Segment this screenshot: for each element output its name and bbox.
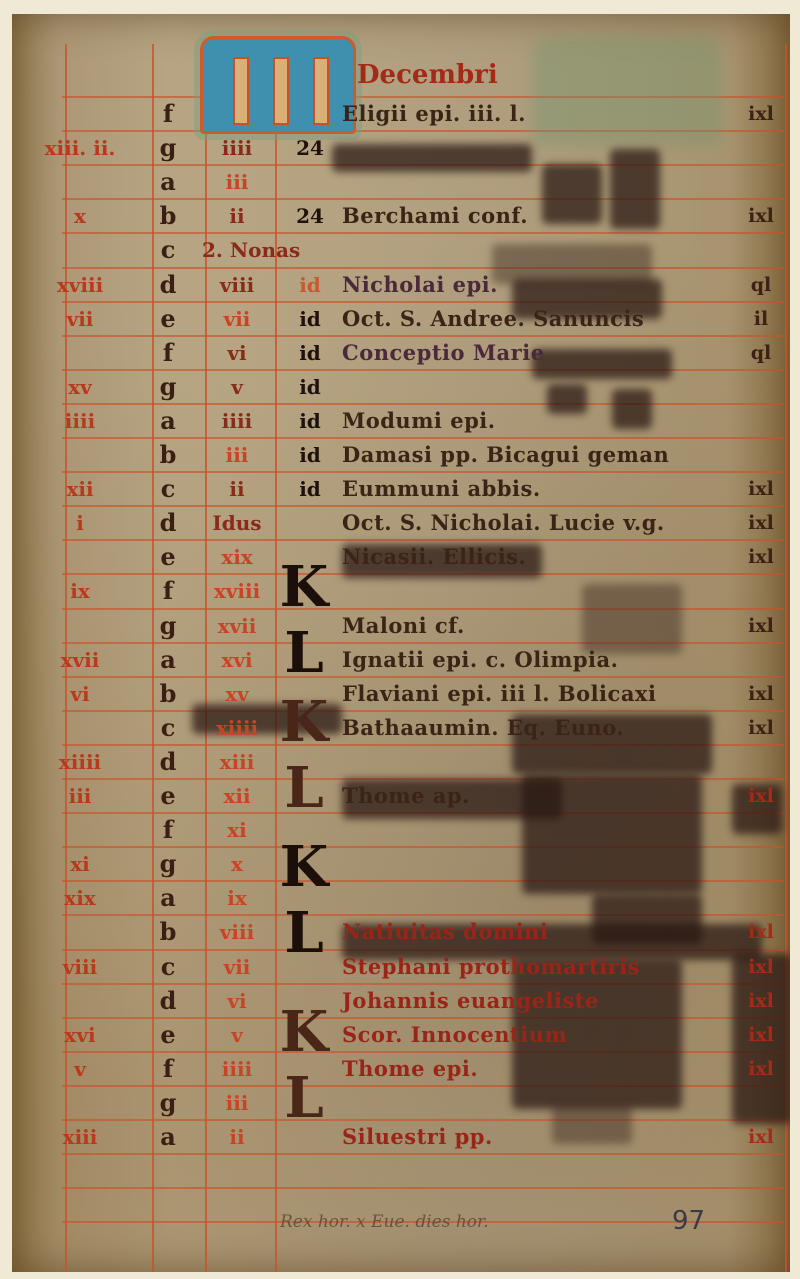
calendar-row: xiii. ii.giiii24: [12, 131, 790, 165]
calendar-row: xiiiaiiSiluestri pp.ixl: [12, 1120, 790, 1154]
golden-number: viii: [20, 952, 140, 982]
roman-day-count: vii: [202, 304, 272, 334]
saint-feast: Oct. S. Andree. Sanuncis: [342, 304, 742, 334]
dominical-letter: f: [152, 576, 184, 606]
saint-feast: Thome epi.: [342, 1054, 742, 1084]
kalends-marker: 24: [280, 201, 340, 231]
calendar-row: ixfxviii: [12, 574, 790, 608]
dominical-letter: e: [152, 304, 184, 334]
feast-rank: ixl: [734, 679, 788, 709]
saint-feast: Flaviani epi. iii l. Bolicaxi: [342, 679, 742, 709]
roman-day-count: xvi: [202, 645, 272, 675]
dominical-letter: d: [152, 747, 184, 777]
roman-day-count: xvii: [202, 611, 272, 641]
roman-day-count: ix: [202, 883, 272, 913]
golden-number: ix: [20, 576, 140, 606]
feast-rank: ixl: [734, 1122, 788, 1152]
golden-number: xiii. ii.: [20, 133, 140, 163]
calendar-row: xviiidviiiidNicholai epi.ql: [12, 268, 790, 302]
roman-day-count: v: [202, 372, 272, 402]
roman-day-count: iii: [202, 167, 272, 197]
dominical-letter: b: [152, 679, 184, 709]
roman-day-count: vi: [202, 986, 272, 1016]
kalends-marker: id: [280, 304, 340, 334]
roman-day-count: xiiii: [202, 713, 272, 743]
roman-day-count: xiii: [202, 747, 272, 777]
golden-number: vi: [20, 679, 140, 709]
footer-annotation: Rex hor. x Eue. dies hor.: [280, 1212, 489, 1232]
golden-number: xvi: [20, 1020, 140, 1050]
saint-feast: Ignatii epi. c. Olimpia.: [342, 645, 742, 675]
dominical-letter: a: [152, 167, 184, 197]
feast-rank: ixl: [734, 713, 788, 743]
dominical-letter: c: [152, 474, 184, 504]
roman-day-count: vi: [202, 338, 272, 368]
manuscript-page: Decembri KLKLKLKL fEligii epi. iii. l.ix…: [12, 14, 790, 1272]
saint-feast: Eummuni abbis.: [342, 474, 742, 504]
calendar-row: fviidConceptio Marieql: [12, 336, 790, 370]
kalends-marker: id: [280, 474, 340, 504]
golden-number: xiii: [20, 1122, 140, 1152]
golden-number: vii: [20, 304, 140, 334]
roman-day-count: iiii: [202, 406, 272, 436]
calendar-row: cxiiiiBathaaumin. Eq. Euno.ixl: [12, 711, 790, 745]
saint-feast: Damasi pp. Bicagui geman: [342, 440, 742, 470]
dominical-letter: d: [152, 986, 184, 1016]
saint-feast: Siluestri pp.: [342, 1122, 742, 1152]
dominical-letter: f: [152, 338, 184, 368]
roman-day-count: xviii: [202, 576, 272, 606]
calendar-row: xixaix: [12, 881, 790, 915]
saint-feast: Johannis euangeliste: [342, 986, 742, 1016]
calendar-row: exixNicasii. Ellicis.ixl: [12, 540, 790, 574]
calendar-row: biiiidDamasi pp. Bicagui geman: [12, 438, 790, 472]
dominical-letter: f: [152, 815, 184, 845]
feast-rank: ixl: [734, 99, 788, 129]
ruling-horizontal: [62, 1187, 784, 1189]
roman-day-count: xv: [202, 679, 272, 709]
roman-day-count: iii: [202, 1088, 272, 1118]
calendar-row: xiiciiidEummuni abbis.ixl: [12, 472, 790, 506]
roman-day-count: 2. Nonas: [202, 235, 272, 265]
calendar-row: xbii24Berchami conf.ixl: [12, 199, 790, 233]
folio-number: 97: [672, 1206, 705, 1236]
calendar-row: vibxvFlaviani epi. iii l. Bolicaxiixl: [12, 677, 790, 711]
roman-day-count: ii: [202, 201, 272, 231]
dominical-letter: f: [152, 1054, 184, 1084]
dominical-letter: e: [152, 542, 184, 572]
feast-rank: ixl: [734, 201, 788, 231]
dominical-letter: e: [152, 1020, 184, 1050]
saint-feast: Bathaaumin. Eq. Euno.: [342, 713, 742, 743]
kalends-marker: 24: [280, 133, 340, 163]
dominical-letter: d: [152, 508, 184, 538]
calendar-row: idIdusOct. S. Nicholai. Lucie v.g.ixl: [12, 506, 790, 540]
roman-day-count: ii: [202, 474, 272, 504]
calendar-row: gxviiMaloni cf.ixl: [12, 609, 790, 643]
kalends-marker: id: [280, 440, 340, 470]
dominical-letter: c: [152, 713, 184, 743]
golden-number: xiiii: [20, 747, 140, 777]
saint-feast: Conceptio Marie: [342, 338, 742, 368]
feast-rank: ixl: [734, 1054, 788, 1084]
golden-number: xvii: [20, 645, 140, 675]
roman-day-count: vii: [202, 952, 272, 982]
feast-rank: ixl: [734, 1020, 788, 1050]
feast-rank: ixl: [734, 474, 788, 504]
dominical-letter: g: [152, 1088, 184, 1118]
kalends-marker: id: [280, 270, 340, 300]
calendar-row: c2. Nonas: [12, 233, 790, 267]
feast-rank: ql: [734, 338, 788, 368]
feast-rank: ixl: [734, 986, 788, 1016]
kalends-marker: id: [280, 406, 340, 436]
saint-feast: Thome ap.: [342, 781, 742, 811]
saint-feast: Modumi epi.: [342, 406, 742, 436]
dominical-letter: c: [152, 952, 184, 982]
calendar-row: fxi: [12, 813, 790, 847]
feast-rank: il: [734, 304, 788, 334]
dominical-letter: g: [152, 133, 184, 163]
feast-rank: ixl: [734, 508, 788, 538]
dominical-letter: f: [152, 99, 184, 129]
roman-day-count: iiii: [202, 133, 272, 163]
saint-feast: Oct. S. Nicholai. Lucie v.g.: [342, 508, 742, 538]
roman-day-count: ii: [202, 1122, 272, 1152]
roman-day-count: viii: [202, 917, 272, 947]
golden-number: xii: [20, 474, 140, 504]
dominical-letter: g: [152, 849, 184, 879]
feast-rank: ixl: [734, 611, 788, 641]
roman-day-count: Idus: [202, 508, 272, 538]
saint-feast: Natiuitas domini: [342, 917, 742, 947]
dominical-letter: g: [152, 372, 184, 402]
dominical-letter: b: [152, 201, 184, 231]
calendar-row: aiii: [12, 165, 790, 199]
dominical-letter: b: [152, 440, 184, 470]
month-heading: Decembri: [357, 60, 498, 90]
calendar-row: iiiiaiiiiidModumi epi.: [12, 404, 790, 438]
saint-feast: Stephani prothomartiris: [342, 952, 742, 982]
saint-feast: Nicasii. Ellicis.: [342, 542, 742, 572]
dominical-letter: a: [152, 1122, 184, 1152]
feast-rank: ixl: [734, 781, 788, 811]
calendar-row: bviiiNatiuitas dominiixl: [12, 915, 790, 949]
feast-rank: ixl: [734, 542, 788, 572]
dominical-letter: g: [152, 611, 184, 641]
golden-number: xviii: [20, 270, 140, 300]
roman-day-count: v: [202, 1020, 272, 1050]
golden-number: v: [20, 1054, 140, 1084]
calendar-row: iiiexiiThome ap.ixl: [12, 779, 790, 813]
calendar-row: xviiaxviIgnatii epi. c. Olimpia.: [12, 643, 790, 677]
calendar-row: xvievScor. Innocentiumixl: [12, 1018, 790, 1052]
kalends-marker: id: [280, 338, 340, 368]
golden-number: x: [20, 201, 140, 231]
dominical-letter: a: [152, 406, 184, 436]
roman-day-count: x: [202, 849, 272, 879]
saint-feast: Eligii epi. iii. l.: [342, 99, 742, 129]
calendar-row: fEligii epi. iii. l.ixl: [12, 97, 790, 131]
calendar-row: dviJohannis euangelisteixl: [12, 984, 790, 1018]
roman-day-count: iii: [202, 440, 272, 470]
roman-day-count: xix: [202, 542, 272, 572]
calendar-row: xiiiidxiii: [12, 745, 790, 779]
calendar-row: vfiiiiThome epi.ixl: [12, 1052, 790, 1086]
dominical-letter: b: [152, 917, 184, 947]
golden-number: xv: [20, 372, 140, 402]
kalends-marker: id: [280, 372, 340, 402]
golden-number: iii: [20, 781, 140, 811]
golden-number: i: [20, 508, 140, 538]
dominical-letter: d: [152, 270, 184, 300]
calendar-row: viieviiidOct. S. Andree. Sanuncisil: [12, 302, 790, 336]
roman-day-count: xii: [202, 781, 272, 811]
dominical-letter: c: [152, 235, 184, 265]
golden-number: iiii: [20, 406, 140, 436]
calendar-row: xigx: [12, 847, 790, 881]
feast-rank: ixl: [734, 917, 788, 947]
feast-rank: ixl: [734, 952, 788, 982]
calendar-row: viiicviiStephani prothomartirisixl: [12, 950, 790, 984]
golden-number: xix: [20, 883, 140, 913]
roman-day-count: viii: [202, 270, 272, 300]
roman-day-count: xi: [202, 815, 272, 845]
saint-feast: Scor. Innocentium: [342, 1020, 742, 1050]
dominical-letter: a: [152, 645, 184, 675]
dominical-letter: a: [152, 883, 184, 913]
calendar-row: xvgvid: [12, 370, 790, 404]
calendar-row: giii: [12, 1086, 790, 1120]
dominical-letter: e: [152, 781, 184, 811]
roman-day-count: iiii: [202, 1054, 272, 1084]
saint-feast: Maloni cf.: [342, 611, 742, 641]
feast-rank: ql: [734, 270, 788, 300]
saint-feast: Berchami conf.: [342, 201, 742, 231]
golden-number: xi: [20, 849, 140, 879]
saint-feast: Nicholai epi.: [342, 270, 742, 300]
